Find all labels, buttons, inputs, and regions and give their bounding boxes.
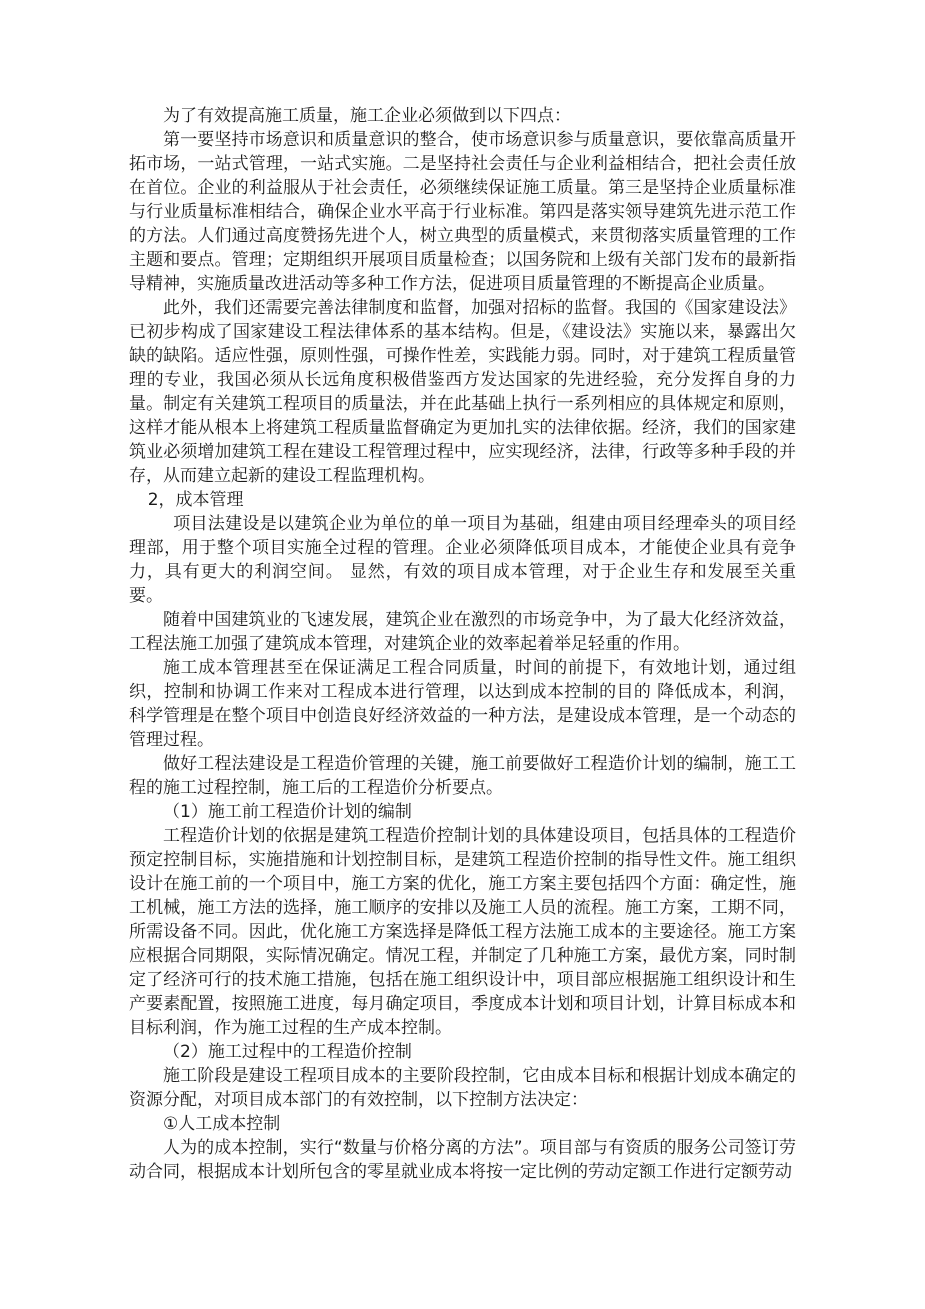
paragraph: 人为的成本控制，实行“数量与价格分离的方法”。项目部与有资质的服务公司签订劳动合…	[129, 1136, 796, 1184]
paragraph: 施工成本管理甚至在保证满足工程合同质量，时间的前提下，有效地计划，通过组织，控制…	[129, 656, 796, 752]
paragraph: 第一要坚持市场意识和质量意识的整合，使市场意识参与质量意识，要依靠高质量开拓市场…	[129, 128, 796, 296]
paragraph: 施工阶段是建设工程项目成本的主要阶段控制，它由成本目标和根据计划成本确定的资源分…	[129, 1064, 796, 1112]
document-body: 为了有效提高施工质量，施工企业必须做到以下四点：第一要坚持市场意识和质量意识的整…	[129, 104, 796, 1184]
paragraph: 做好工程法建设是工程造价管理的关键，施工前要做好工程造价计划的编制，施工工程的施…	[129, 752, 796, 800]
section-heading: （1）施工前工程造价计划的编制	[129, 800, 796, 824]
paragraph: 随着中国建筑业的飞速发展，建筑企业在激烈的市场竞争中，为了最大化经济效益，工程法…	[129, 608, 796, 656]
paragraph: 工程造价计划的依据是建筑工程造价控制计划的具体建设项目，包括具体的工程造价预定控…	[129, 824, 796, 1040]
paragraph: 为了有效提高施工质量，施工企业必须做到以下四点：	[129, 104, 796, 128]
section-heading: ①人工成本控制	[129, 1112, 796, 1136]
section-heading: 2，成本管理	[129, 488, 796, 512]
paragraph: 此外，我们还需要完善法律制度和监督，加强对招标的监督。我国的《国家建设法》已初步…	[129, 296, 796, 488]
paragraph: 项目法建设是以建筑企业为单位的单一项目为基础，组建由项目经理牵头的项目经理部，用…	[129, 512, 796, 608]
document-page: 为了有效提高施工质量，施工企业必须做到以下四点：第一要坚持市场意识和质量意识的整…	[0, 0, 925, 1309]
section-heading: （2）施工过程中的工程造价控制	[129, 1040, 796, 1064]
